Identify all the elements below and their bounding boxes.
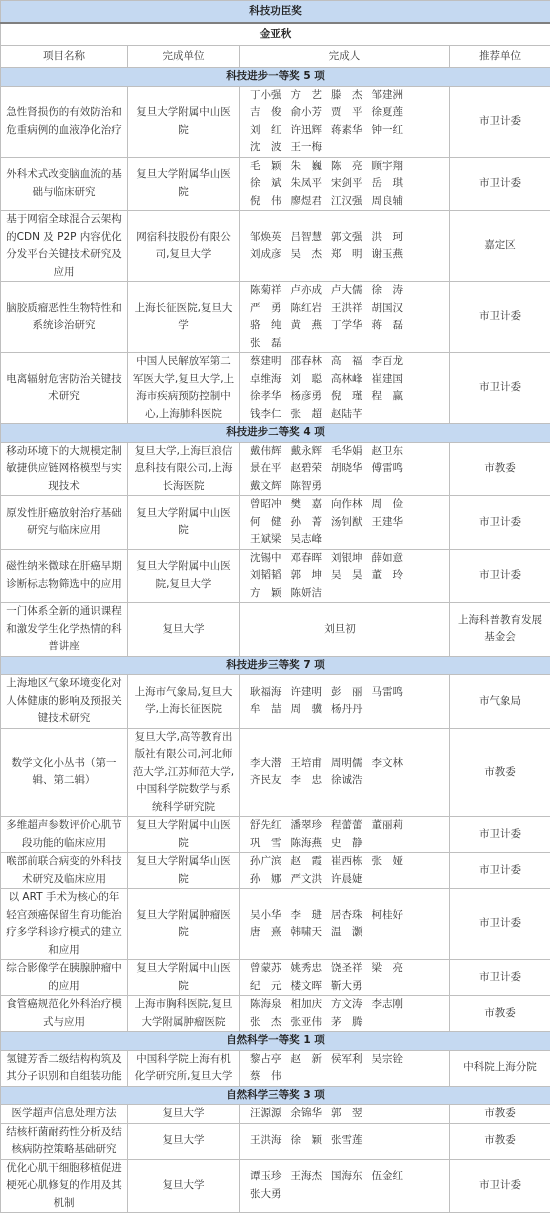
completers-cell: 戴伟辉戴永辉毛华娟赵卫东景在平赵碧荣胡晓华傅雷鸣戴文辉陈智勇 bbox=[240, 442, 450, 496]
completion-unit-cell: 复旦大学附属中山医院,复旦大学 bbox=[128, 549, 240, 603]
recommender-cell: 市卫计委 bbox=[450, 549, 550, 603]
table-row: 外科术式改变脑血流的基础与临床研究复旦大学附属华山医院毛 颖朱 巍陈 亮顾宇翔徐… bbox=[1, 157, 550, 211]
person-name: 吕智慧 bbox=[291, 229, 323, 247]
recommender-cell: 市教委 bbox=[450, 442, 550, 496]
person-name: 舒先红 bbox=[250, 817, 282, 835]
person-name: 徐 颖 bbox=[291, 1132, 323, 1150]
section-label: 科技进步三等奖 7 项 bbox=[1, 656, 550, 675]
table-row: 一门体系全新的通识课程和激发学生化学热情的科普讲座复旦大学刘旦初上海科普教育发展… bbox=[1, 603, 550, 657]
person-name: 陈 亮 bbox=[331, 158, 363, 176]
person-name: 张大勇 bbox=[250, 1186, 282, 1204]
person-name: 纪 元 bbox=[250, 978, 282, 996]
person-name: 谭玉珍 bbox=[250, 1168, 282, 1186]
person-name: 张 杰 bbox=[250, 1014, 282, 1032]
person-name: 谢玉燕 bbox=[372, 246, 404, 264]
person-name: 吴小华 bbox=[250, 907, 282, 925]
person-name: 张 超 bbox=[291, 406, 323, 424]
person-name: 李文林 bbox=[372, 755, 404, 773]
completion-unit-cell: 复旦大学附属中山医院 bbox=[128, 817, 240, 853]
completion-unit-cell: 上海长征医院,复旦大学 bbox=[128, 282, 240, 353]
person-name: 居杏珠 bbox=[331, 907, 363, 925]
person-name: 赵卫东 bbox=[372, 443, 404, 461]
title-row: 科技功臣奖 bbox=[1, 1, 550, 24]
laureate-name: 金亚秋 bbox=[1, 23, 550, 46]
person-name: 薛如意 bbox=[372, 550, 404, 568]
completion-unit-cell: 复旦大学 bbox=[128, 1105, 240, 1124]
person-name: 马雷鸣 bbox=[372, 684, 404, 702]
project-name-cell: 外科术式改变脑血流的基础与临床研究 bbox=[1, 157, 128, 211]
person-name: 李百龙 bbox=[372, 353, 404, 371]
person-name: 徐孝华 bbox=[250, 388, 282, 406]
header-project: 项目名称 bbox=[1, 46, 128, 68]
person-name: 国海东 bbox=[331, 1168, 363, 1186]
completion-unit-cell: 中国人民解放军第二军医大学,复旦大学,上海市疾病预防控制中心,上海肺科医院 bbox=[128, 353, 240, 424]
completion-unit-cell: 中国科学院上海有机化学研究所,复旦大学 bbox=[128, 1050, 240, 1086]
person-name: 王海杰 bbox=[291, 1168, 323, 1186]
person-name: 汤钊猷 bbox=[331, 514, 363, 532]
project-name-cell: 喉部前联合病变的外科技术研究及临床应用 bbox=[1, 853, 128, 889]
person-name: 顾宇翔 bbox=[372, 158, 404, 176]
completers-cell: 陈海泉相加庆方文涛李志刚张 杰张亚伟茅 腾 bbox=[240, 996, 450, 1032]
recommender-cell: 市卫计委 bbox=[450, 496, 550, 550]
recommender-cell: 上海科普教育发展基金会 bbox=[450, 603, 550, 657]
person-name: 毛华娟 bbox=[331, 443, 363, 461]
table-row: 基于网宿全球混合云架构的CDN 及 P2P 内容优化分发平台关键技术研究及应用网… bbox=[1, 211, 550, 282]
person-name: 齐民友 bbox=[250, 772, 282, 790]
person-name: 戴伟辉 bbox=[250, 443, 282, 461]
completers-cell: 耿福海许建明彭 丽马雷鸣牟 喆周 骥杨丹丹 bbox=[240, 675, 450, 729]
completion-unit-cell: 复旦大学 bbox=[128, 1123, 240, 1159]
person-name: 陈妍洁 bbox=[291, 585, 323, 603]
person-name: 王一梅 bbox=[291, 139, 323, 157]
recommender-cell: 市卫计委 bbox=[450, 282, 550, 353]
completers-cell: 王洪海徐 颖张雪莲 bbox=[240, 1123, 450, 1159]
person-name: 刘银坤 bbox=[331, 550, 363, 568]
person-name: 吉 俊 bbox=[250, 104, 282, 122]
recommender-cell: 市气象局 bbox=[450, 675, 550, 729]
project-name-cell: 综合影像学在胰腺肿瘤中的应用 bbox=[1, 960, 128, 996]
person-name: 孙 娜 bbox=[250, 871, 282, 889]
recommender-cell: 市教委 bbox=[450, 1105, 550, 1124]
completion-unit-cell: 上海市胸科医院,复旦大学附属肿瘤医院 bbox=[128, 996, 240, 1032]
project-name-cell: 电离辐射危害防治关键技术研究 bbox=[1, 353, 128, 424]
project-name-cell: 数学文化小丛书（第一辑、第二辑） bbox=[1, 728, 128, 817]
person-name: 方文涛 bbox=[331, 996, 363, 1014]
section-header-row: 科技进步三等奖 7 项 bbox=[1, 656, 550, 675]
person-name: 陈红岩 bbox=[291, 300, 323, 318]
table-title: 科技功臣奖 bbox=[1, 1, 550, 24]
person-name: 刘韬韬 bbox=[250, 567, 282, 585]
completion-unit-cell: 复旦大学 bbox=[128, 1159, 240, 1213]
person-name: 赵碧荣 bbox=[291, 460, 323, 478]
person-name: 黄 燕 bbox=[291, 317, 323, 335]
person-name: 郭 坤 bbox=[291, 567, 323, 585]
person-name: 方 艺 bbox=[291, 87, 323, 105]
person-name: 邹焕英 bbox=[250, 229, 282, 247]
person-name: 耿福海 bbox=[250, 684, 282, 702]
person-name: 王建华 bbox=[372, 514, 404, 532]
table-row: 脑胶质瘤恶性生物特性和系统诊治研究上海长征医院,复旦大学陈菊祥卢亦成卢大儒徐 涛… bbox=[1, 282, 550, 353]
person-name: 饶圣祥 bbox=[331, 960, 363, 978]
recommender-cell: 市教委 bbox=[450, 728, 550, 817]
recommender-cell: 市卫计委 bbox=[450, 353, 550, 424]
person-name: 朱 巍 bbox=[291, 158, 323, 176]
person-name: 牟 喆 bbox=[250, 701, 282, 719]
awards-table: 科技功臣奖 金亚秋 项目名称 完成单位 完成人 推荐单位 科技进步一等奖 5 项… bbox=[0, 0, 550, 1213]
person-name: 陈智勇 bbox=[291, 478, 323, 496]
completers-cell: 李大潜王培甫周明儒李文林齐民友李 忠徐诚浩 bbox=[240, 728, 450, 817]
project-name-cell: 食管癌规范化外科治疗模式与应用 bbox=[1, 996, 128, 1032]
project-name-cell: 医学超声信息处理方法 bbox=[1, 1105, 128, 1124]
person-name: 毛 颖 bbox=[250, 158, 282, 176]
table-row: 磁性纳米微球在肝癌早期诊断标志物筛选中的应用复旦大学附属中山医院,复旦大学沈锡中… bbox=[1, 549, 550, 603]
recommender-cell: 市卫计委 bbox=[450, 817, 550, 853]
project-name-cell: 一门体系全新的通识课程和激发学生化学热情的科普讲座 bbox=[1, 603, 128, 657]
person-name: 刘 聪 bbox=[291, 371, 323, 389]
completion-unit-cell: 复旦大学附属华山医院 bbox=[128, 853, 240, 889]
person-name: 赵 霞 bbox=[291, 853, 323, 871]
table-row: 以 ART 手术为核心的年轻宫颈癌保留生育功能治疗多学科诊疗模式的建立和应用复旦… bbox=[1, 889, 550, 960]
table-row: 移动环境下的大规模定制敏捷供应链网格模型与实现技术复旦大学,上海巨浪信息科技有限… bbox=[1, 442, 550, 496]
person-name: 孙广滨 bbox=[250, 853, 282, 871]
person-name: 姚秀忠 bbox=[291, 960, 323, 978]
project-name-cell: 以 ART 手术为核心的年轻宫颈癌保留生育功能治疗多学科诊疗模式的建立和应用 bbox=[1, 889, 128, 960]
completion-unit-cell: 网宿科技股份有限公司,复旦大学 bbox=[128, 211, 240, 282]
header-people: 完成人 bbox=[240, 46, 450, 68]
completers-cell: 舒先红潘翠珍程蕾蕾董丽莉巩 雪陈海燕史 静 bbox=[240, 817, 450, 853]
completion-unit-cell: 上海市气象局,复旦大学,上海长征医院 bbox=[128, 675, 240, 729]
project-name-cell: 多维超声参数评价心肌节段功能的临床应用 bbox=[1, 817, 128, 853]
person-name: 吴 杰 bbox=[291, 246, 323, 264]
person-name: 严文洪 bbox=[291, 871, 323, 889]
person-name: 温 灏 bbox=[331, 924, 363, 942]
person-name: 向作林 bbox=[331, 496, 363, 514]
person-name: 邓春晖 bbox=[291, 550, 323, 568]
completers-cell: 丁小强方 艺滕 杰邹建洲吉 俊俞小芳贾 平徐夏莲刘 红许迅辉蒋素华钟一红沈 波王… bbox=[240, 86, 450, 157]
completion-unit-cell: 复旦大学,高等教育出版社有限公司,河北师范大学,江苏师范大学,中国科学院数学与系… bbox=[128, 728, 240, 817]
person-name: 崔西栋 bbox=[331, 853, 363, 871]
recommender-cell: 市卫计委 bbox=[450, 86, 550, 157]
person-name: 许建明 bbox=[291, 684, 323, 702]
person-name: 赵 新 bbox=[291, 1051, 323, 1069]
header-unit: 完成单位 bbox=[128, 46, 240, 68]
person-name: 李志刚 bbox=[372, 996, 404, 1014]
person-name: 李 忠 bbox=[291, 772, 323, 790]
recommender-cell: 市教委 bbox=[450, 1123, 550, 1159]
person-name: 俞小芳 bbox=[291, 104, 323, 122]
completion-unit-cell: 复旦大学附属中山医院 bbox=[128, 496, 240, 550]
table-row: 原发性肝癌放射治疗基础研究与临床应用复旦大学附属中山医院曾昭冲樊 嘉向作林周 俭… bbox=[1, 496, 550, 550]
recommender-cell: 市卫计委 bbox=[450, 157, 550, 211]
person-name: 相加庆 bbox=[291, 996, 323, 1014]
person-name: 李大潜 bbox=[250, 755, 282, 773]
header-recommender: 推荐单位 bbox=[450, 46, 550, 68]
person-name: 程 赢 bbox=[372, 388, 404, 406]
person-name: 周 骥 bbox=[291, 701, 323, 719]
person-name: 靳大勇 bbox=[331, 978, 363, 996]
person-name: 蔡 伟 bbox=[250, 1068, 282, 1086]
section-label: 自然科学一等奖 1 项 bbox=[1, 1032, 550, 1051]
person-name: 楼文晖 bbox=[291, 978, 323, 996]
person-name: 卓维海 bbox=[250, 371, 282, 389]
project-name-cell: 原发性肝癌放射治疗基础研究与临床应用 bbox=[1, 496, 128, 550]
person-name: 蔡建明 bbox=[250, 353, 282, 371]
completers-cell: 沈锡中邓春晖刘银坤薛如意刘韬韬郭 坤吴 昊董 玲方 颖陈妍洁 bbox=[240, 549, 450, 603]
person-name: 许迅辉 bbox=[291, 122, 323, 140]
person-name: 钱李仁 bbox=[250, 406, 282, 424]
person-name: 沈锡中 bbox=[250, 550, 282, 568]
person-name: 高 福 bbox=[331, 353, 363, 371]
person-name: 韩啸天 bbox=[291, 924, 323, 942]
person-name: 许晨婕 bbox=[331, 871, 363, 889]
project-name-cell: 结核杆菌耐药性分析及结核病防控策略基础研究 bbox=[1, 1123, 128, 1159]
table-row: 电离辐射危害防治关键技术研究中国人民解放军第二军医大学,复旦大学,上海市疾病预防… bbox=[1, 353, 550, 424]
person-name: 樊 嘉 bbox=[291, 496, 323, 514]
person-name: 张 娅 bbox=[372, 853, 404, 871]
person-name: 周 俭 bbox=[372, 496, 404, 514]
person-name: 王洪海 bbox=[250, 1132, 282, 1150]
section-label: 科技进步一等奖 5 项 bbox=[1, 68, 550, 87]
completers-cell: 陈菊祥卢亦成卢大儒徐 涛严 勇陈红岩王洪祥胡国汉骆 纯黄 燕丁学华蒋 磊张 磊 bbox=[240, 282, 450, 353]
table-row: 多维超声参数评价心肌节段功能的临床应用复旦大学附属中山医院舒先红潘翠珍程蕾蕾董丽… bbox=[1, 817, 550, 853]
person-name: 徐 涛 bbox=[372, 282, 404, 300]
table-row: 综合影像学在胰腺肿瘤中的应用复旦大学附属中山医院曾蒙苏姚秀忠饶圣祥梁 亮纪 元楼… bbox=[1, 960, 550, 996]
person-name: 杨丹丹 bbox=[331, 701, 363, 719]
person-name: 卢大儒 bbox=[331, 282, 363, 300]
person-name: 陈海泉 bbox=[250, 996, 282, 1014]
table-row: 数学文化小丛书（第一辑、第二辑）复旦大学,高等教育出版社有限公司,河北师范大学,… bbox=[1, 728, 550, 817]
person-name: 傅雷鸣 bbox=[372, 460, 404, 478]
project-name-cell: 磁性纳米微球在肝癌早期诊断标志物筛选中的应用 bbox=[1, 549, 128, 603]
laureate-row: 金亚秋 bbox=[1, 23, 550, 46]
person-name: 侯军利 bbox=[331, 1051, 363, 1069]
person-name: 吴 昊 bbox=[331, 567, 363, 585]
recommender-cell: 嘉定区 bbox=[450, 211, 550, 282]
person-name: 邵春林 bbox=[291, 353, 323, 371]
completers-cell: 毛 颖朱 巍陈 亮顾宇翔徐 斌朱凤平宋剑平岳 琪倪 伟廖煜君江汉强周良辅 bbox=[240, 157, 450, 211]
person-name: 江汉强 bbox=[331, 193, 363, 211]
person-name: 刘旦初 bbox=[324, 621, 356, 639]
person-name: 倪 瑾 bbox=[331, 388, 363, 406]
person-name: 汪源源 bbox=[250, 1105, 282, 1123]
section-label: 科技进步二等奖 4 项 bbox=[1, 424, 550, 443]
person-name: 刘成彦 bbox=[250, 246, 282, 264]
person-name: 骆 纯 bbox=[250, 317, 282, 335]
person-name: 方 颖 bbox=[250, 585, 282, 603]
completion-unit-cell: 复旦大学附属中山医院 bbox=[128, 86, 240, 157]
recommender-cell: 市教委 bbox=[450, 996, 550, 1032]
person-name: 沈 波 bbox=[250, 139, 282, 157]
person-name: 蒋 磊 bbox=[372, 317, 404, 335]
person-name: 朱凤平 bbox=[291, 175, 323, 193]
table-row: 氢键芳香二级结构构筑及其分子识别和自组装功能中国科学院上海有机化学研究所,复旦大… bbox=[1, 1050, 550, 1086]
person-name: 史 静 bbox=[331, 835, 363, 853]
person-name: 周明儒 bbox=[331, 755, 363, 773]
person-name: 王洪祥 bbox=[331, 300, 363, 318]
person-name: 丁小强 bbox=[250, 87, 282, 105]
person-name: 杨彦勇 bbox=[291, 388, 323, 406]
completers-cell: 吴小华李 琎居杏珠柯桂好唐 熹韩啸天温 灏 bbox=[240, 889, 450, 960]
person-name: 胡国汉 bbox=[372, 300, 404, 318]
completers-cell: 刘旦初 bbox=[240, 603, 450, 657]
section-header-row: 自然科学一等奖 1 项 bbox=[1, 1032, 550, 1051]
person-name: 廖煜君 bbox=[291, 193, 323, 211]
section-header-row: 科技进步二等奖 4 项 bbox=[1, 424, 550, 443]
person-name: 丁学华 bbox=[331, 317, 363, 335]
section-header-row: 自然科学三等奖 3 项 bbox=[1, 1086, 550, 1105]
project-name-cell: 急性肾损伤的有效防治和危重病例的血液净化治疗 bbox=[1, 86, 128, 157]
section-label: 自然科学三等奖 3 项 bbox=[1, 1086, 550, 1105]
person-name: 吴宗铨 bbox=[372, 1051, 404, 1069]
completers-cell: 曾昭冲樊 嘉向作林周 俭何 健孙 菁汤钊猷王建华王斌梁吴志峰 bbox=[240, 496, 450, 550]
person-name: 张 磊 bbox=[250, 335, 282, 353]
completion-unit-cell: 复旦大学 bbox=[128, 603, 240, 657]
person-name: 李 琎 bbox=[291, 907, 323, 925]
person-name: 钟一红 bbox=[372, 122, 404, 140]
person-name: 董 玲 bbox=[372, 567, 404, 585]
person-name: 卢亦成 bbox=[291, 282, 323, 300]
person-name: 倪 伟 bbox=[250, 193, 282, 211]
person-name: 徐诚浩 bbox=[331, 772, 363, 790]
completion-unit-cell: 复旦大学附属肿瘤医院 bbox=[128, 889, 240, 960]
person-name: 茅 腾 bbox=[331, 1014, 363, 1032]
project-name-cell: 脑胶质瘤恶性生物特性和系统诊治研究 bbox=[1, 282, 128, 353]
person-name: 黎占亭 bbox=[250, 1051, 282, 1069]
completers-cell: 黎占亭赵 新侯军利吴宗铨蔡 伟 bbox=[240, 1050, 450, 1086]
person-name: 郭 翌 bbox=[331, 1105, 363, 1123]
project-name-cell: 基于网宿全球混合云架构的CDN 及 P2P 内容优化分发平台关键技术研究及应用 bbox=[1, 211, 128, 282]
recommender-cell: 市卫计委 bbox=[450, 853, 550, 889]
person-name: 蒋素华 bbox=[331, 122, 363, 140]
project-name-cell: 氢键芳香二级结构构筑及其分子识别和自组装功能 bbox=[1, 1050, 128, 1086]
completers-cell: 曾蒙苏姚秀忠饶圣祥梁 亮纪 元楼文晖靳大勇 bbox=[240, 960, 450, 996]
project-name-cell: 上海地区气象环境变化对人体健康的影响及预报关键技术研究 bbox=[1, 675, 128, 729]
person-name: 孙 菁 bbox=[291, 514, 323, 532]
person-name: 岳 琪 bbox=[372, 175, 404, 193]
person-name: 曾蒙苏 bbox=[250, 960, 282, 978]
project-name-cell: 优化心肌干细胞移植促进梗死心肌修复的作用及其机制 bbox=[1, 1159, 128, 1213]
person-name: 彭 丽 bbox=[331, 684, 363, 702]
person-name: 董丽莉 bbox=[372, 817, 404, 835]
recommender-cell: 市卫计委 bbox=[450, 1159, 550, 1213]
person-name: 陈菊祥 bbox=[250, 282, 282, 300]
person-name: 高林峰 bbox=[331, 371, 363, 389]
person-name: 曾昭冲 bbox=[250, 496, 282, 514]
person-name: 洪 珂 bbox=[372, 229, 404, 247]
person-name: 程蕾蕾 bbox=[331, 817, 363, 835]
person-name: 郑 明 bbox=[331, 246, 363, 264]
recommender-cell: 中科院上海分院 bbox=[450, 1050, 550, 1086]
table-row: 上海地区气象环境变化对人体健康的影响及预报关键技术研究上海市气象局,复旦大学,上… bbox=[1, 675, 550, 729]
person-name: 赵陆芊 bbox=[331, 406, 363, 424]
person-name: 徐 斌 bbox=[250, 175, 282, 193]
person-name: 潘翠珍 bbox=[291, 817, 323, 835]
person-name: 滕 杰 bbox=[331, 87, 363, 105]
person-name: 戴永辉 bbox=[291, 443, 323, 461]
person-name: 严 勇 bbox=[250, 300, 282, 318]
person-name: 贾 平 bbox=[331, 104, 363, 122]
table-row: 结核杆菌耐药性分析及结核病防控策略基础研究复旦大学王洪海徐 颖张雪莲市教委 bbox=[1, 1123, 550, 1159]
person-name: 戴文辉 bbox=[250, 478, 282, 496]
person-name: 景在平 bbox=[250, 460, 282, 478]
person-name: 郭文强 bbox=[331, 229, 363, 247]
person-name: 何 健 bbox=[250, 514, 282, 532]
completers-cell: 孙广滨赵 霞崔西栋张 娅孙 娜严文洪许晨婕 bbox=[240, 853, 450, 889]
completers-cell: 邹焕英吕智慧郭文强洪 珂刘成彦吴 杰郑 明谢玉燕 bbox=[240, 211, 450, 282]
person-name: 余锦华 bbox=[291, 1105, 323, 1123]
person-name: 王斌梁 bbox=[250, 531, 282, 549]
column-header-row: 项目名称 完成单位 完成人 推荐单位 bbox=[1, 46, 550, 68]
table-row: 急性肾损伤的有效防治和危重病例的血液净化治疗复旦大学附属中山医院丁小强方 艺滕 … bbox=[1, 86, 550, 157]
person-name: 邹建洲 bbox=[372, 87, 404, 105]
person-name: 张亚伟 bbox=[291, 1014, 323, 1032]
completion-unit-cell: 复旦大学附属华山医院 bbox=[128, 157, 240, 211]
person-name: 崔建国 bbox=[372, 371, 404, 389]
table-row: 优化心肌干细胞移植促进梗死心肌修复的作用及其机制复旦大学谭玉珍王海杰国海东伍金红… bbox=[1, 1159, 550, 1213]
recommender-cell: 市卫计委 bbox=[450, 960, 550, 996]
table-row: 食管癌规范化外科治疗模式与应用上海市胸科医院,复旦大学附属肿瘤医院陈海泉相加庆方… bbox=[1, 996, 550, 1032]
project-name-cell: 移动环境下的大规模定制敏捷供应链网格模型与实现技术 bbox=[1, 442, 128, 496]
person-name: 张雪莲 bbox=[331, 1132, 363, 1150]
person-name: 伍金红 bbox=[372, 1168, 404, 1186]
completers-cell: 谭玉珍王海杰国海东伍金红张大勇 bbox=[240, 1159, 450, 1213]
person-name: 陈海燕 bbox=[291, 835, 323, 853]
person-name: 梁 亮 bbox=[372, 960, 404, 978]
person-name: 胡晓华 bbox=[331, 460, 363, 478]
completion-unit-cell: 复旦大学附属中山医院 bbox=[128, 960, 240, 996]
table-row: 喉部前联合病变的外科技术研究及临床应用复旦大学附属华山医院孙广滨赵 霞崔西栋张 … bbox=[1, 853, 550, 889]
person-name: 宋剑平 bbox=[331, 175, 363, 193]
person-name: 柯桂好 bbox=[372, 907, 404, 925]
person-name: 徐夏莲 bbox=[372, 104, 404, 122]
person-name: 吴志峰 bbox=[291, 531, 323, 549]
person-name: 巩 雪 bbox=[250, 835, 282, 853]
completers-cell: 蔡建明邵春林高 福李百龙卓维海刘 聪高林峰崔建国徐孝华杨彦勇倪 瑾程 赢钱李仁张… bbox=[240, 353, 450, 424]
table-row: 医学超声信息处理方法复旦大学汪源源余锦华郭 翌市教委 bbox=[1, 1105, 550, 1124]
person-name: 刘 红 bbox=[250, 122, 282, 140]
section-header-row: 科技进步一等奖 5 项 bbox=[1, 68, 550, 87]
recommender-cell: 市卫计委 bbox=[450, 889, 550, 960]
person-name: 周良辅 bbox=[372, 193, 404, 211]
person-name: 唐 熹 bbox=[250, 924, 282, 942]
completers-cell: 汪源源余锦华郭 翌 bbox=[240, 1105, 450, 1124]
completion-unit-cell: 复旦大学,上海巨浪信息科技有限公司,上海长海医院 bbox=[128, 442, 240, 496]
person-name: 王培甫 bbox=[291, 755, 323, 773]
